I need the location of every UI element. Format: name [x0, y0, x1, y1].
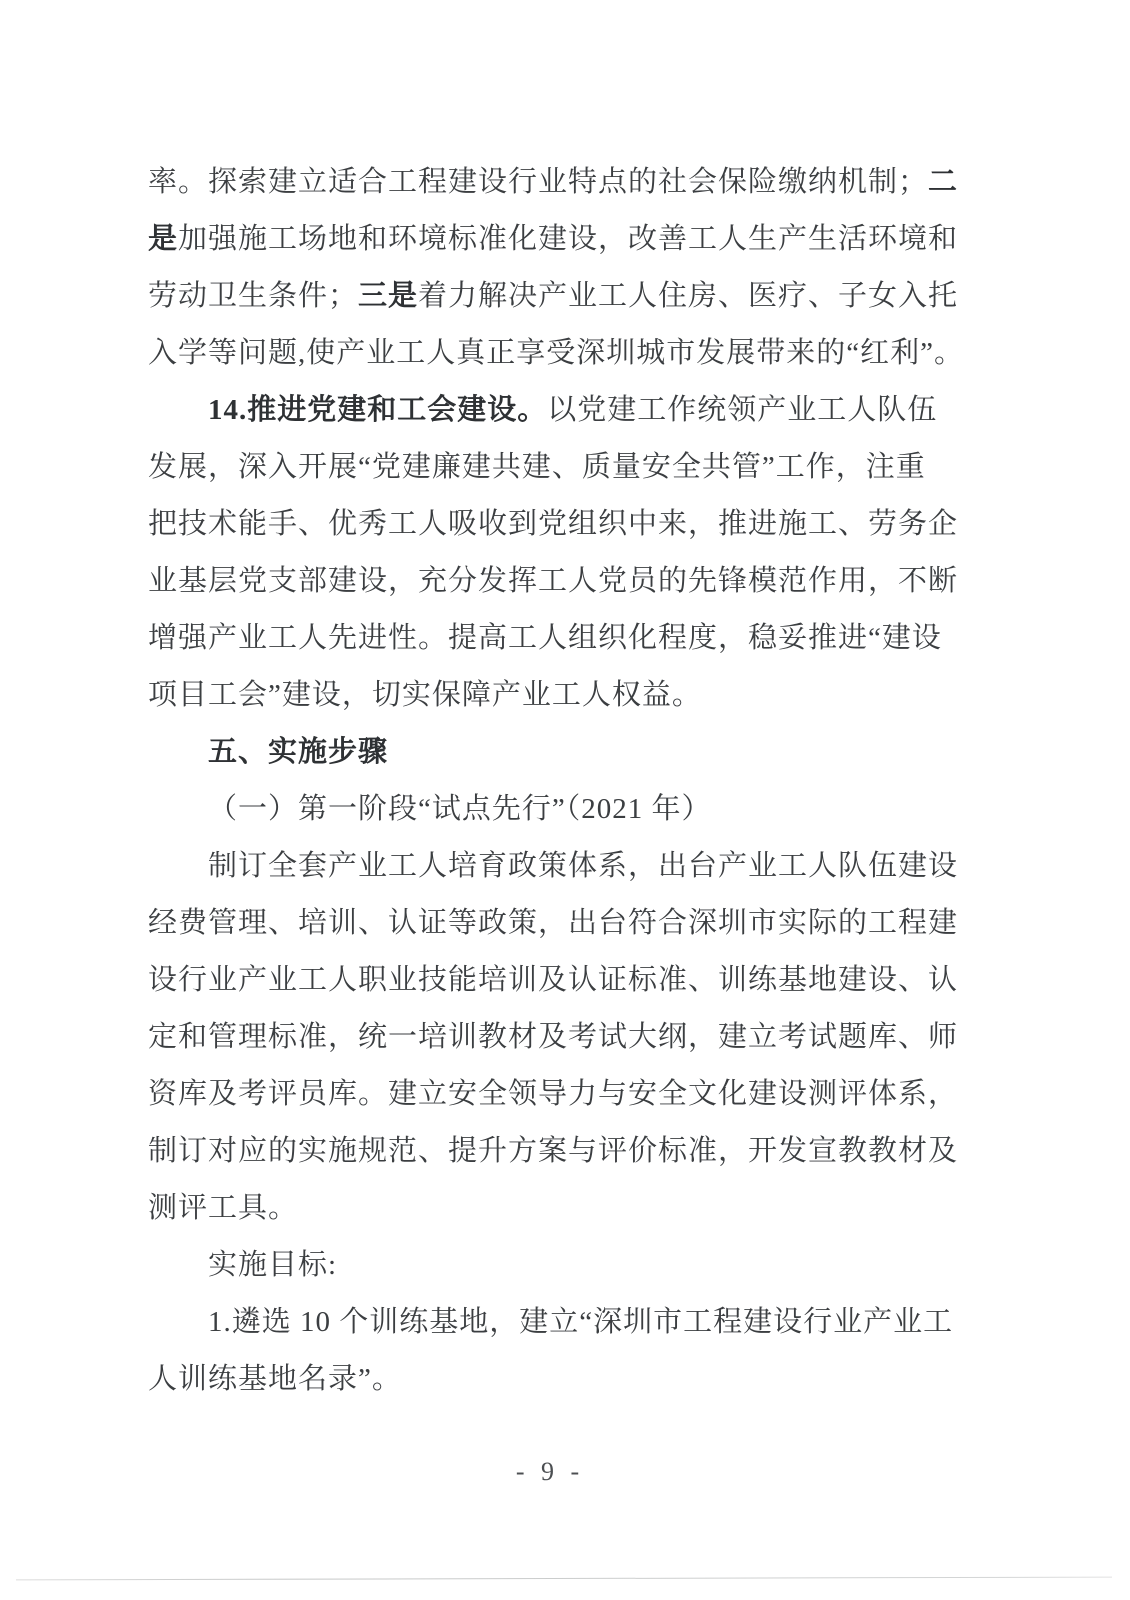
- text-line: 制订对应的实施规范、提升方案与评价标准，开发宣教教材及: [148, 1123, 972, 1180]
- text-line: 项目工会”建设，切实保障产业工人权益。: [148, 667, 972, 724]
- text-segment: 实施目标:: [208, 1249, 337, 1281]
- text-line: 增强产业工人先进性。提高工人组织化程度，稳妥推进“建设: [148, 610, 972, 667]
- text-segment: 人训练基地名录”。: [148, 1363, 402, 1395]
- text-segment: 以党建工作统领产业工人队伍: [547, 394, 937, 426]
- scan-artifact-line: [16, 1577, 1112, 1581]
- text-segment: （一）第一阶段“试点先行”（2021 年）: [208, 793, 712, 825]
- text-line: 率。探索建立适合工程建设行业特点的社会保险缴纳机制；二: [148, 154, 972, 211]
- text-segment: 制订全套产业工人培育政策体系，出台产业工人队伍建设: [208, 850, 958, 882]
- text-segment: 入学等问题,使产业工人真正享受深圳城市发展带来的“红利”。: [148, 337, 964, 369]
- document-body: 率。探索建立适合工程建设行业特点的社会保险缴纳机制；二是加强施工场地和环境标准化…: [148, 154, 972, 1408]
- text-line: 是加强施工场地和环境标准化建设，改善工人生产生活环境和: [148, 211, 972, 268]
- text-segment: 把技术能手、优秀工人吸收到党组织中来，推进施工、劳务企: [148, 508, 958, 540]
- page-number: - 9 -: [0, 1452, 1100, 1492]
- text-segment: 劳动卫生条件；: [148, 280, 358, 312]
- text-line: 测评工具。: [148, 1180, 972, 1237]
- text-segment: 经费管理、培训、认证等政策，出台符合深圳市实际的工程建: [148, 907, 958, 939]
- text-line: 入学等问题,使产业工人真正享受深圳城市发展带来的“红利”。: [148, 325, 972, 382]
- text-segment: 增强产业工人先进性。提高工人组织化程度，稳妥推进“建设: [148, 622, 942, 654]
- text-segment: 发展，深入开展“党建廉建共建、质量安全共管”工作，注重: [148, 451, 926, 483]
- text-segment-bold: 二: [928, 166, 958, 198]
- text-line: 经费管理、培训、认证等政策，出台符合深圳市实际的工程建: [148, 895, 972, 952]
- text-line: 定和管理标准，统一培训教材及考试大纲，建立考试题库、师: [148, 1009, 972, 1066]
- text-segment-bold: 三是: [358, 280, 418, 312]
- text-line: 资库及考评员库。建立安全领导力与安全文化建设测评体系，: [148, 1066, 972, 1123]
- text-line: 发展，深入开展“党建廉建共建、质量安全共管”工作，注重: [148, 439, 972, 496]
- text-line: （一）第一阶段“试点先行”（2021 年）: [148, 781, 972, 838]
- text-segment: 加强施工场地和环境标准化建设，改善工人生产生活环境和: [178, 223, 958, 255]
- text-line: 设行业产业工人职业技能培训及认证标准、训练基地建设、认: [148, 952, 972, 1009]
- text-line: 业基层党支部建设，充分发挥工人党员的先锋模范作用，不断: [148, 553, 972, 610]
- text-segment: 制订对应的实施规范、提升方案与评价标准，开发宣教教材及: [148, 1135, 958, 1167]
- text-segment: 业基层党支部建设，充分发挥工人党员的先锋模范作用，不断: [148, 565, 958, 597]
- text-segment: 率。探索建立适合工程建设行业特点的社会保险缴纳机制；: [148, 166, 928, 198]
- text-line: 人训练基地名录”。: [148, 1351, 972, 1408]
- text-line: 制订全套产业工人培育政策体系，出台产业工人队伍建设: [148, 838, 972, 895]
- text-segment-bold: 是: [148, 223, 178, 255]
- text-segment: 着力解决产业工人住房、医疗、子女入托: [418, 280, 958, 312]
- text-line: 14.推进党建和工会建设。以党建工作统领产业工人队伍: [148, 382, 972, 439]
- text-line: 五、实施步骤: [148, 724, 972, 781]
- document-page: 率。探索建立适合工程建设行业特点的社会保险缴纳机制；二是加强施工场地和环境标准化…: [0, 0, 1130, 1600]
- text-segment: 项目工会”建设，切实保障产业工人权益。: [148, 679, 702, 711]
- text-segment-bold: 五、实施步骤: [208, 736, 388, 768]
- text-line: 1.遴选 10 个训练基地，建立“深圳市工程建设行业产业工: [148, 1294, 972, 1351]
- text-segment: 测评工具。: [148, 1192, 298, 1224]
- text-segment-bold: 14.推进党建和工会建设。: [208, 394, 547, 426]
- text-line: 实施目标:: [148, 1237, 972, 1294]
- text-segment: 1.遴选 10 个训练基地，建立“深圳市工程建设行业产业工: [208, 1306, 953, 1338]
- text-segment: 定和管理标准，统一培训教材及考试大纲，建立考试题库、师: [148, 1021, 958, 1053]
- text-segment: 资库及考评员库。建立安全领导力与安全文化建设测评体系，: [148, 1078, 958, 1110]
- text-line: 劳动卫生条件；三是着力解决产业工人住房、医疗、子女入托: [148, 268, 972, 325]
- text-line: 把技术能手、优秀工人吸收到党组织中来，推进施工、劳务企: [148, 496, 972, 553]
- text-segment: 设行业产业工人职业技能培训及认证标准、训练基地建设、认: [148, 964, 958, 996]
